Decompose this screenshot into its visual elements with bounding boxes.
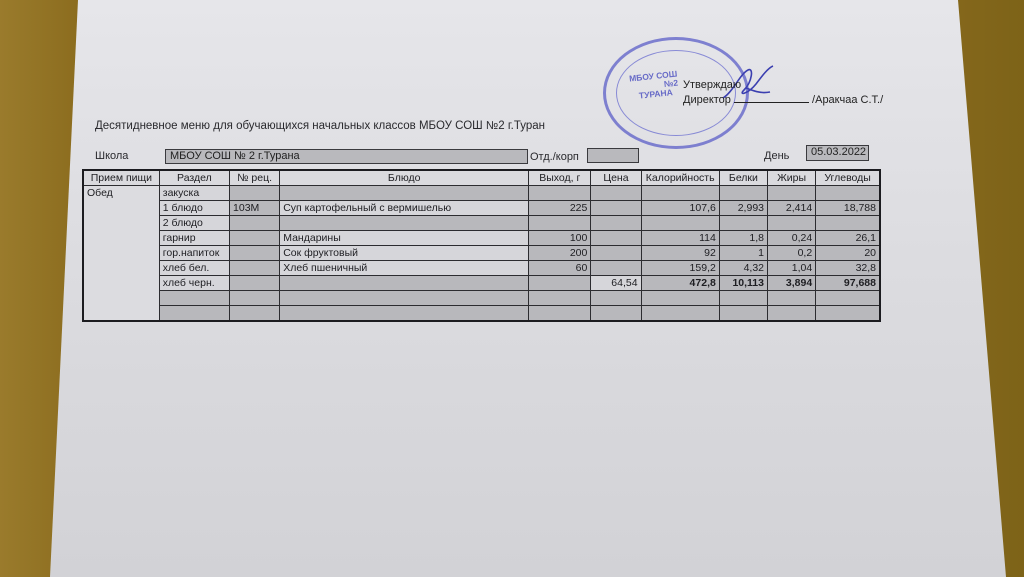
header-section: Раздел	[159, 170, 229, 186]
cell-recipe: 103М	[230, 201, 280, 216]
cell-price	[591, 246, 641, 261]
table-row	[83, 306, 880, 322]
cell-carbs	[816, 306, 880, 322]
stamp-text: МБОУ СОШ №2 ТУРАНА	[629, 70, 680, 102]
table-row: гарнирМандарины1001141,80,2426,1	[83, 231, 880, 246]
cell-section: хлеб черн.	[159, 276, 229, 291]
director-name: /Аракчаа С.Т./	[812, 94, 883, 106]
table-row: хлеб бел.Хлеб пшеничный60159,24,321,0432…	[83, 261, 880, 276]
day-label: День	[764, 150, 789, 162]
cell-dish	[280, 306, 529, 322]
cell-section: гарнир	[159, 231, 229, 246]
signature-line	[734, 93, 809, 103]
cell-protein	[719, 306, 767, 322]
cell-dish: Мандарины	[280, 231, 529, 246]
cell-section: 1 блюдо	[159, 201, 229, 216]
cell-protein: 10,113	[719, 276, 767, 291]
header-fat: Жиры	[768, 170, 816, 186]
cell-recipe	[230, 276, 280, 291]
department-field	[587, 148, 639, 163]
cell-recipe	[230, 216, 280, 231]
cell-recipe	[230, 186, 280, 201]
table-row: гор.напитокСок фруктовый2009210,220	[83, 246, 880, 261]
header-meal: Прием пищи	[83, 170, 159, 186]
cell-section: гор.напиток	[159, 246, 229, 261]
cell-price	[591, 261, 641, 276]
header-carbs: Углеводы	[816, 170, 880, 186]
document-title: Десятидневное меню для обучающихся начал…	[95, 120, 545, 132]
cell-yield	[529, 276, 591, 291]
director-label: Директор	[683, 94, 731, 106]
cell-price	[591, 186, 641, 201]
cell-price	[591, 306, 641, 322]
cell-carbs	[816, 291, 880, 306]
cell-yield	[529, 291, 591, 306]
cell-protein: 1,8	[719, 231, 767, 246]
cell-yield: 100	[529, 231, 591, 246]
cell-yield	[529, 306, 591, 322]
cell-recipe	[230, 306, 280, 322]
cell-carbs: 26,1	[816, 231, 880, 246]
cell-fat: 0,2	[768, 246, 816, 261]
cell-carbs: 20	[816, 246, 880, 261]
cell-price: 64,54	[591, 276, 641, 291]
cell-section: хлеб бел.	[159, 261, 229, 276]
director-line: Директор /Аракчаа С.Т./	[683, 93, 883, 108]
cell-calories: 114	[641, 231, 719, 246]
cell-meal: Обед	[83, 186, 159, 322]
cell-section	[159, 306, 229, 322]
cell-carbs: 18,788	[816, 201, 880, 216]
header-dish: Блюдо	[280, 170, 529, 186]
cell-section: 2 блюдо	[159, 216, 229, 231]
department-label: Отд./корп	[530, 151, 579, 163]
cell-dish: Хлеб пшеничный	[280, 261, 529, 276]
table-row: 1 блюдо103МСуп картофельный с вермишелью…	[83, 201, 880, 216]
cell-protein	[719, 291, 767, 306]
cell-price	[591, 291, 641, 306]
table-row: хлеб черн.64,54472,810,1133,89497,688	[83, 276, 880, 291]
cell-fat	[768, 306, 816, 322]
cell-calories: 107,6	[641, 201, 719, 216]
cell-dish	[280, 186, 529, 201]
cell-fat: 1,04	[768, 261, 816, 276]
table-row	[83, 291, 880, 306]
cell-calories	[641, 186, 719, 201]
cell-carbs: 32,8	[816, 261, 880, 276]
cell-fat	[768, 186, 816, 201]
school-label: Школа	[95, 150, 128, 162]
header-recipe: № рец.	[230, 170, 280, 186]
header-protein: Белки	[719, 170, 767, 186]
header-price: Цена	[591, 170, 641, 186]
cell-carbs: 97,688	[816, 276, 880, 291]
cell-recipe	[230, 246, 280, 261]
cell-yield: 60	[529, 261, 591, 276]
cell-dish	[280, 276, 529, 291]
cell-fat	[768, 216, 816, 231]
cell-protein	[719, 216, 767, 231]
cell-yield	[529, 186, 591, 201]
school-field: МБОУ СОШ № 2 г.Турана	[165, 149, 528, 164]
cell-protein: 2,993	[719, 201, 767, 216]
table-row: 2 блюдо	[83, 216, 880, 231]
cell-recipe	[230, 261, 280, 276]
cell-yield: 225	[529, 201, 591, 216]
menu-table: Прием пищи Раздел № рец. Блюдо Выход, г …	[82, 169, 881, 322]
cell-dish	[280, 291, 529, 306]
table-header-row: Прием пищи Раздел № рец. Блюдо Выход, г …	[83, 170, 880, 186]
cell-protein: 1	[719, 246, 767, 261]
cell-protein: 4,32	[719, 261, 767, 276]
table-row: Обедзакуска	[83, 186, 880, 201]
header-yield: Выход, г	[529, 170, 591, 186]
cell-carbs	[816, 216, 880, 231]
cell-yield: 200	[529, 246, 591, 261]
day-field: 05.03.2022	[806, 145, 869, 161]
cell-calories: 472,8	[641, 276, 719, 291]
cell-dish: Сок фруктовый	[280, 246, 529, 261]
table-body: Обедзакуска1 блюдо103МСуп картофельный с…	[83, 186, 880, 322]
cell-calories	[641, 291, 719, 306]
cell-section: закуска	[159, 186, 229, 201]
cell-carbs	[816, 186, 880, 201]
cell-price	[591, 201, 641, 216]
approved-label: Утверждаю	[683, 78, 883, 93]
cell-section	[159, 291, 229, 306]
approval-block: Утверждаю Директор /Аракчаа С.Т./	[683, 78, 883, 108]
cell-protein	[719, 186, 767, 201]
cell-fat: 3,894	[768, 276, 816, 291]
cell-calories: 92	[641, 246, 719, 261]
cell-price	[591, 231, 641, 246]
cell-fat: 2,414	[768, 201, 816, 216]
header-calories: Калорийность	[641, 170, 719, 186]
cell-dish: Суп картофельный с вермишелью	[280, 201, 529, 216]
cell-price	[591, 216, 641, 231]
cell-recipe	[230, 231, 280, 246]
cell-calories	[641, 306, 719, 322]
cell-fat: 0,24	[768, 231, 816, 246]
cell-fat	[768, 291, 816, 306]
cell-calories: 159,2	[641, 261, 719, 276]
cell-recipe	[230, 291, 280, 306]
cell-dish	[280, 216, 529, 231]
cell-yield	[529, 216, 591, 231]
cell-calories	[641, 216, 719, 231]
